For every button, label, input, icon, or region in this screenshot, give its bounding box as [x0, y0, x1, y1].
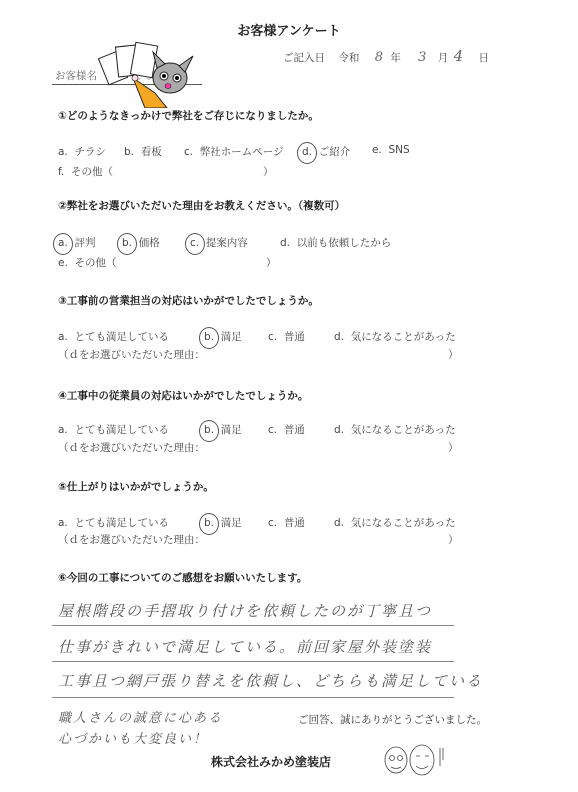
question-number: ⑤ [58, 481, 67, 493]
question-3-options: a. とても満足している b. 満足 c. 普通 d. 気になることがあった [58, 329, 518, 343]
option-key[interactable]: c. [268, 331, 277, 343]
question-3-reason: （ｄをお選びいただいた理由： ） [58, 347, 478, 362]
option-key[interactable]: c. [184, 146, 193, 158]
option-d-label[interactable]: 気になることがあった [351, 517, 456, 529]
reason-close-paren: ） [448, 532, 459, 547]
option-b-label[interactable]: 価格 [139, 237, 160, 249]
page-title: お客様アンケート [0, 20, 578, 39]
other-label[interactable]: その他（ [75, 257, 117, 269]
day-value[interactable]: 4 [454, 47, 464, 65]
option-key[interactable]: d. [280, 237, 290, 249]
question-1-options: a. チラシ b. 看板 c. 弊社ホームページ d. ご紹介 e. SNS [58, 144, 518, 158]
option-a-label[interactable]: とても満足している [74, 424, 169, 436]
option-b-selected-circle[interactable]: b. [204, 517, 214, 529]
question-number: ② [58, 200, 67, 212]
question-number: ⑥ [58, 572, 67, 584]
option-d-label[interactable]: 以前も依頼したから [297, 237, 392, 249]
question-number: ④ [58, 390, 67, 402]
option-key[interactable]: d. [334, 517, 344, 529]
option-key[interactable]: a. [58, 146, 68, 158]
year-unit: 年 [390, 50, 401, 65]
question-text: 弊社をお選びいただいた理由をお教えください。（複数可） [67, 200, 345, 212]
question-number: ③ [58, 295, 67, 307]
entry-date: ご記入日 令和 8 年 3 月 4 日 [283, 47, 489, 65]
customer-name-label: お客様名 [55, 68, 97, 83]
comment-ruled-line [52, 697, 454, 698]
other-label[interactable]: その他（ [71, 166, 113, 178]
reason-close-paren: ） [448, 440, 459, 455]
question-6: ⑥今回の工事についてのご感想をお願いいたします。 [58, 570, 307, 585]
option-b-selected-circle[interactable]: b. [204, 331, 214, 343]
question-5-options: a. とても満足している b. 満足 c. 普通 d. 気になることがあった [58, 515, 518, 529]
month-value[interactable]: 3 [418, 50, 426, 65]
year-value[interactable]: 8 [375, 50, 383, 65]
option-key[interactable]: a. [58, 424, 68, 436]
thanks-message: ご回答、誠にありがとうございました。 [298, 712, 487, 727]
company-name: 株式会社みかめ塗装店 [211, 753, 331, 770]
option-key[interactable]: e. [372, 144, 382, 156]
option-d-selected-circle[interactable]: d. [302, 146, 312, 158]
era-label: 令和 [338, 50, 359, 65]
reason-close-paren: ） [448, 347, 459, 362]
comment-line-1[interactable]: 屋根階段の手摺取り付けを依頼したのが丁寧且つ [58, 600, 432, 621]
option-b-label[interactable]: 満足 [221, 517, 242, 529]
question-text: 今回の工事についてのご感想をお願いいたします。 [67, 572, 307, 584]
option-b-label[interactable]: 満足 [221, 331, 242, 343]
question-text: どのようなきっかけで弊社をご存じになりましたか。 [67, 110, 319, 122]
option-key[interactable]: d. [334, 331, 344, 343]
reason-label[interactable]: （ｄをお選びいただいた理由： [58, 349, 205, 361]
option-a-selected-circle[interactable]: a. [58, 237, 68, 249]
option-c-selected-circle[interactable]: c. [190, 237, 199, 249]
question-text: 仕上がりはいかがでしょうか。 [67, 481, 214, 493]
option-b-label[interactable]: 看板 [141, 146, 162, 158]
question-2-options: a. 評判 b. 価格 c. 提案内容 d. 以前も依頼したから [58, 235, 518, 249]
question-2: ②弊社をお選びいただいた理由をお教えください。（複数可） [58, 198, 345, 213]
option-a-label[interactable]: とても満足している [74, 331, 169, 343]
option-key[interactable]: f. [58, 166, 64, 178]
question-text: 工事中の従業員の対応はいかがでしたでしょうか。 [67, 390, 309, 402]
question-3: ③工事前の営業担当の対応はいかがでしたでしょうか。 [58, 293, 319, 308]
option-key[interactable]: a. [58, 331, 68, 343]
question-1: ①どのようなきっかけで弊社をご存じになりましたか。 [58, 108, 319, 123]
comment-line-5[interactable]: 心づかいも大変良い！ [58, 728, 208, 747]
option-key[interactable]: d. [334, 424, 344, 436]
question-1-other: f. その他（ ） [58, 164, 458, 179]
option-c-label[interactable]: 普通 [284, 331, 305, 343]
comment-line-3[interactable]: 工事且つ網戸張り替えを依頼し、どちらも満足している [58, 670, 483, 691]
comment-line-2[interactable]: 仕事がきれいで満足している。前回家屋外装塗装 [58, 636, 432, 657]
option-e-label[interactable]: SNS [389, 144, 410, 156]
option-key[interactable]: c. [268, 424, 277, 436]
option-b-selected-circle[interactable]: b. [204, 424, 214, 436]
option-c-label[interactable]: 普通 [284, 517, 305, 529]
option-c-label[interactable]: 弊社ホームページ [200, 146, 284, 158]
question-2-other: e. その他（ ） [58, 255, 458, 270]
option-b-label[interactable]: 満足 [221, 424, 242, 436]
option-key[interactable]: a. [58, 517, 68, 529]
comment-line-4[interactable]: 職人さんの誠意に心ある [58, 707, 223, 726]
reason-label[interactable]: （ｄをお選びいただいた理由： [58, 442, 205, 454]
option-d-label[interactable]: 気になることがあった [351, 424, 456, 436]
comment-ruled-line [52, 661, 454, 662]
option-b-selected-circle[interactable]: b. [122, 237, 132, 249]
question-text: 工事前の営業担当の対応はいかがでしたでしょうか。 [67, 295, 319, 307]
option-key[interactable]: b. [124, 146, 134, 158]
question-4-options: a. とても満足している b. 満足 c. 普通 d. 気になることがあった [58, 422, 518, 436]
cat-mascot-icon [95, 38, 205, 108]
question-4: ④工事中の従業員の対応はいかがでしたでしょうか。 [58, 388, 308, 403]
option-key[interactable]: e. [58, 257, 68, 269]
entry-date-label: ご記入日 [283, 50, 325, 65]
option-d-label[interactable]: ご紹介 [319, 146, 351, 158]
option-a-label[interactable]: とても満足している [74, 517, 169, 529]
option-a-label[interactable]: チラシ [74, 146, 106, 158]
option-d-label[interactable]: 気になることがあった [351, 331, 456, 343]
question-5-reason: （ｄをお選びいただいた理由： ） [58, 532, 478, 547]
question-number: ① [58, 110, 67, 122]
reason-label[interactable]: （ｄをお選びいただいた理由： [58, 534, 205, 546]
other-close-paren: ） [266, 255, 277, 270]
option-key[interactable]: c. [268, 517, 277, 529]
option-a-label[interactable]: 評判 [74, 237, 95, 249]
question-4-reason: （ｄをお選びいただいた理由： ） [58, 440, 478, 455]
option-c-label[interactable]: 普通 [284, 424, 305, 436]
other-close-paren: ） [263, 164, 274, 179]
month-unit: 月 [438, 50, 449, 65]
question-5: ⑤仕上がりはいかがでしょうか。 [58, 479, 214, 494]
option-c-label[interactable]: 提案内容 [206, 237, 248, 249]
day-unit: 日 [479, 50, 490, 65]
comment-ruled-line [52, 625, 454, 626]
staff-faces-icon [380, 740, 450, 780]
